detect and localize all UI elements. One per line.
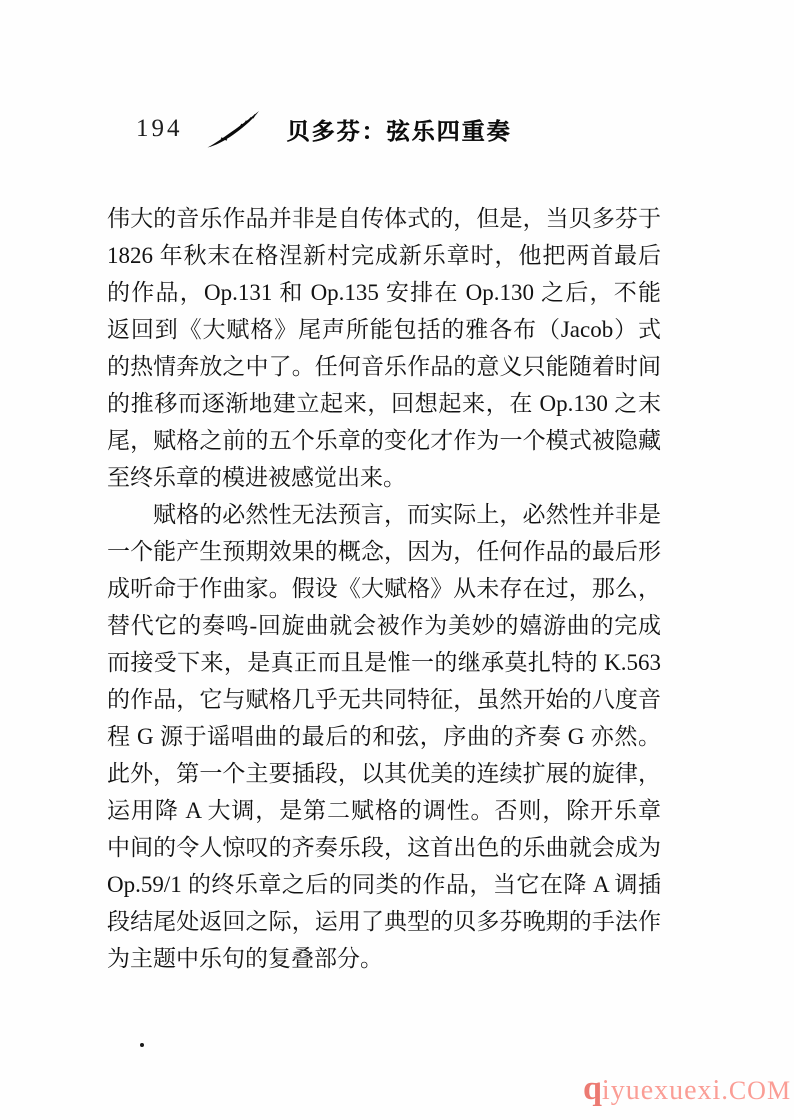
text-line: 至终乐章的模进被感觉出来。 bbox=[107, 459, 661, 496]
watermark-domain: .COM bbox=[721, 1076, 791, 1106]
watermark-initial: q bbox=[583, 1070, 602, 1108]
book-title: 贝多芬：弦乐四重奏 bbox=[287, 113, 512, 146]
book-page: 194 贝多芬：弦乐四重奏 伟大的音乐作品并非是自传体式的，但是，当贝多芬于 1… bbox=[0, 0, 794, 1120]
text-line: 此外，第一个主要插段，以其优美的连续扩展的旋律， bbox=[107, 755, 661, 792]
pen-icon bbox=[207, 109, 261, 149]
text-line: 的推移而逐渐地建立起来，回想起来，在 Op.130 之末 bbox=[107, 385, 661, 422]
text-line: Op.59/1 的终乐章之后的同类的作品，当它在降 A 调插 bbox=[107, 866, 661, 903]
page-number: 194 bbox=[136, 115, 183, 143]
text-line: 段结尾处返回之际，运用了典型的贝多芬晚期的手法作 bbox=[107, 903, 661, 940]
watermark-rest: iyuexuexi bbox=[602, 1075, 721, 1107]
text-line: 成听命于作曲家。假设《大赋格》从未存在过，那么， bbox=[107, 570, 661, 607]
text-line: 伟大的音乐作品并非是自传体式的，但是，当贝多芬于 bbox=[107, 200, 661, 237]
ink-speck bbox=[140, 1043, 144, 1047]
text-line: 赋格的必然性无法预言，而实际上，必然性并非是 bbox=[107, 496, 661, 533]
text-line: 替代它的奏鸣-回旋曲就会被作为美妙的嬉游曲的完成 bbox=[107, 607, 661, 644]
text-line: 程 G 源于谣唱曲的最后的和弦，序曲的齐奏 G 亦然。 bbox=[107, 718, 661, 755]
text-line: 一个能产生预期效果的概念，因为，任何作品的最后形 bbox=[107, 533, 661, 570]
text-line: 的作品，Op.131 和 Op.135 安排在 Op.130 之后，不能 bbox=[107, 274, 661, 311]
text-line: 中间的令人惊叹的齐奏乐段，这首出色的乐曲就会成为 bbox=[107, 829, 661, 866]
text-line: 的作品，它与赋格几乎无共同特征，虽然开始的八度音 bbox=[107, 681, 661, 718]
text-line: 运用降 A 大调，是第二赋格的调性。否则，除开乐章 bbox=[107, 792, 661, 829]
text-line: 的热情奔放之中了。任何音乐作品的意义只能随着时间 bbox=[107, 348, 661, 385]
text-line: 返回到《大赋格》尾声所能包括的雅各布（Jacob）式 bbox=[107, 311, 661, 348]
text-line: 尾，赋格之前的五个乐章的变化才作为一个模式被隐藏 bbox=[107, 422, 661, 459]
watermark: q iyuexuexi .COM bbox=[583, 1070, 791, 1108]
text-line: 为主题中乐句的复叠部分。 bbox=[107, 940, 661, 977]
page-header: 194 贝多芬：弦乐四重奏 bbox=[136, 108, 512, 150]
body-text: 伟大的音乐作品并非是自传体式的，但是，当贝多芬于 1826 年秋末在格涅新村完成… bbox=[107, 200, 661, 977]
text-line: 而接受下来，是真正而且是惟一的继承莫扎特的 K.563 bbox=[107, 644, 661, 681]
text-line: 1826 年秋末在格涅新村完成新乐章时，他把两首最后 bbox=[107, 237, 661, 274]
